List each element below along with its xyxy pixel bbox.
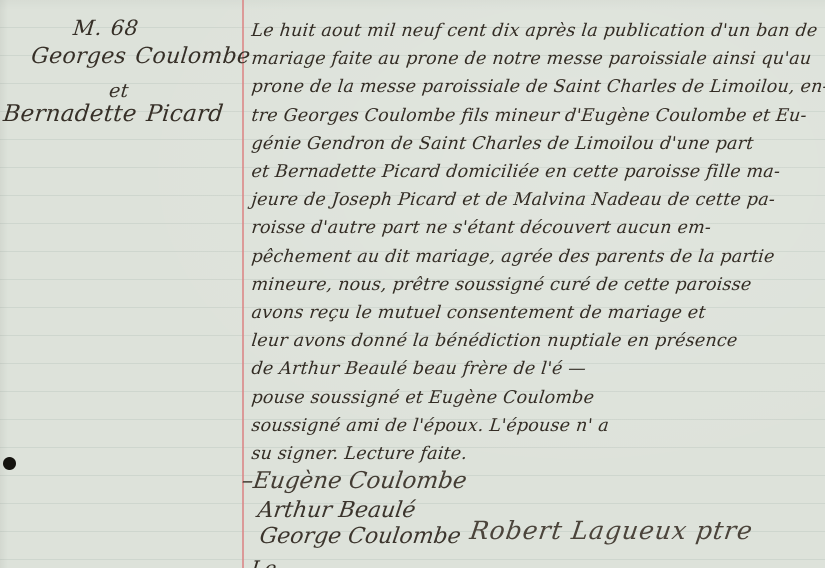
signature-george-coulombe: George Coulombe bbox=[258, 524, 462, 549]
manuscript-line: soussigné ami de l'époux. L'épouse n' a bbox=[250, 412, 823, 440]
punch-hole bbox=[3, 457, 16, 470]
manuscript-line: leur avons donné la bénédiction nuptiale… bbox=[250, 327, 823, 355]
signature-eugene-coulombe: –Eugène Coulombe bbox=[240, 468, 468, 494]
manuscript-line: génie Gendron de Saint Charles de Limoil… bbox=[250, 130, 823, 158]
register-page-scan: M. 68 Georges Coulombe et Bernadette Pic… bbox=[0, 0, 825, 568]
manuscript-line: pouse soussigné et Eugène Coulombe bbox=[250, 384, 823, 412]
manuscript-line: Le huit aout mil neuf cent dix après la … bbox=[250, 17, 823, 45]
manuscript-line: tre Georges Coulombe fils mineur d'Eugèn… bbox=[250, 102, 823, 130]
manuscript-line: roisse d'autre part ne s'étant découvert… bbox=[250, 214, 823, 242]
manuscript-line: mineure, nous, prêtre soussigné curé de … bbox=[250, 271, 823, 299]
margin-conjunction: et bbox=[108, 80, 130, 102]
next-record-fragment: Le bbox=[251, 556, 277, 568]
signature-arthur-beaule: Arthur Beaulé bbox=[256, 498, 417, 523]
manuscript-line: mariage faite au prone de notre messe pa… bbox=[250, 45, 823, 73]
manuscript-line: et Bernadette Picard domiciliée en cette… bbox=[250, 158, 823, 186]
manuscript-line: de Arthur Beaulé beau frère de l'é — bbox=[250, 355, 823, 383]
signature-officiant-priest: Robert Lagueux ptre bbox=[468, 516, 755, 545]
record-body: Le huit aout mil neuf cent dix après la … bbox=[250, 17, 820, 468]
margin-bride-name: Bernadette Picard bbox=[2, 101, 225, 127]
margin-groom-name: Georges Coulombe bbox=[30, 44, 252, 69]
manuscript-line: pêchement au dit mariage, agrée des pare… bbox=[250, 243, 823, 271]
manuscript-line: su signer. Lecture faite. bbox=[250, 440, 823, 468]
manuscript-line: jeure de Joseph Picard et de Malvina Nad… bbox=[250, 186, 823, 214]
manuscript-line: avons reçu le mutuel consentement de mar… bbox=[250, 299, 823, 327]
record-number: M. 68 bbox=[72, 16, 140, 40]
manuscript-line: prone de la messe paroissiale de Saint C… bbox=[250, 73, 823, 101]
